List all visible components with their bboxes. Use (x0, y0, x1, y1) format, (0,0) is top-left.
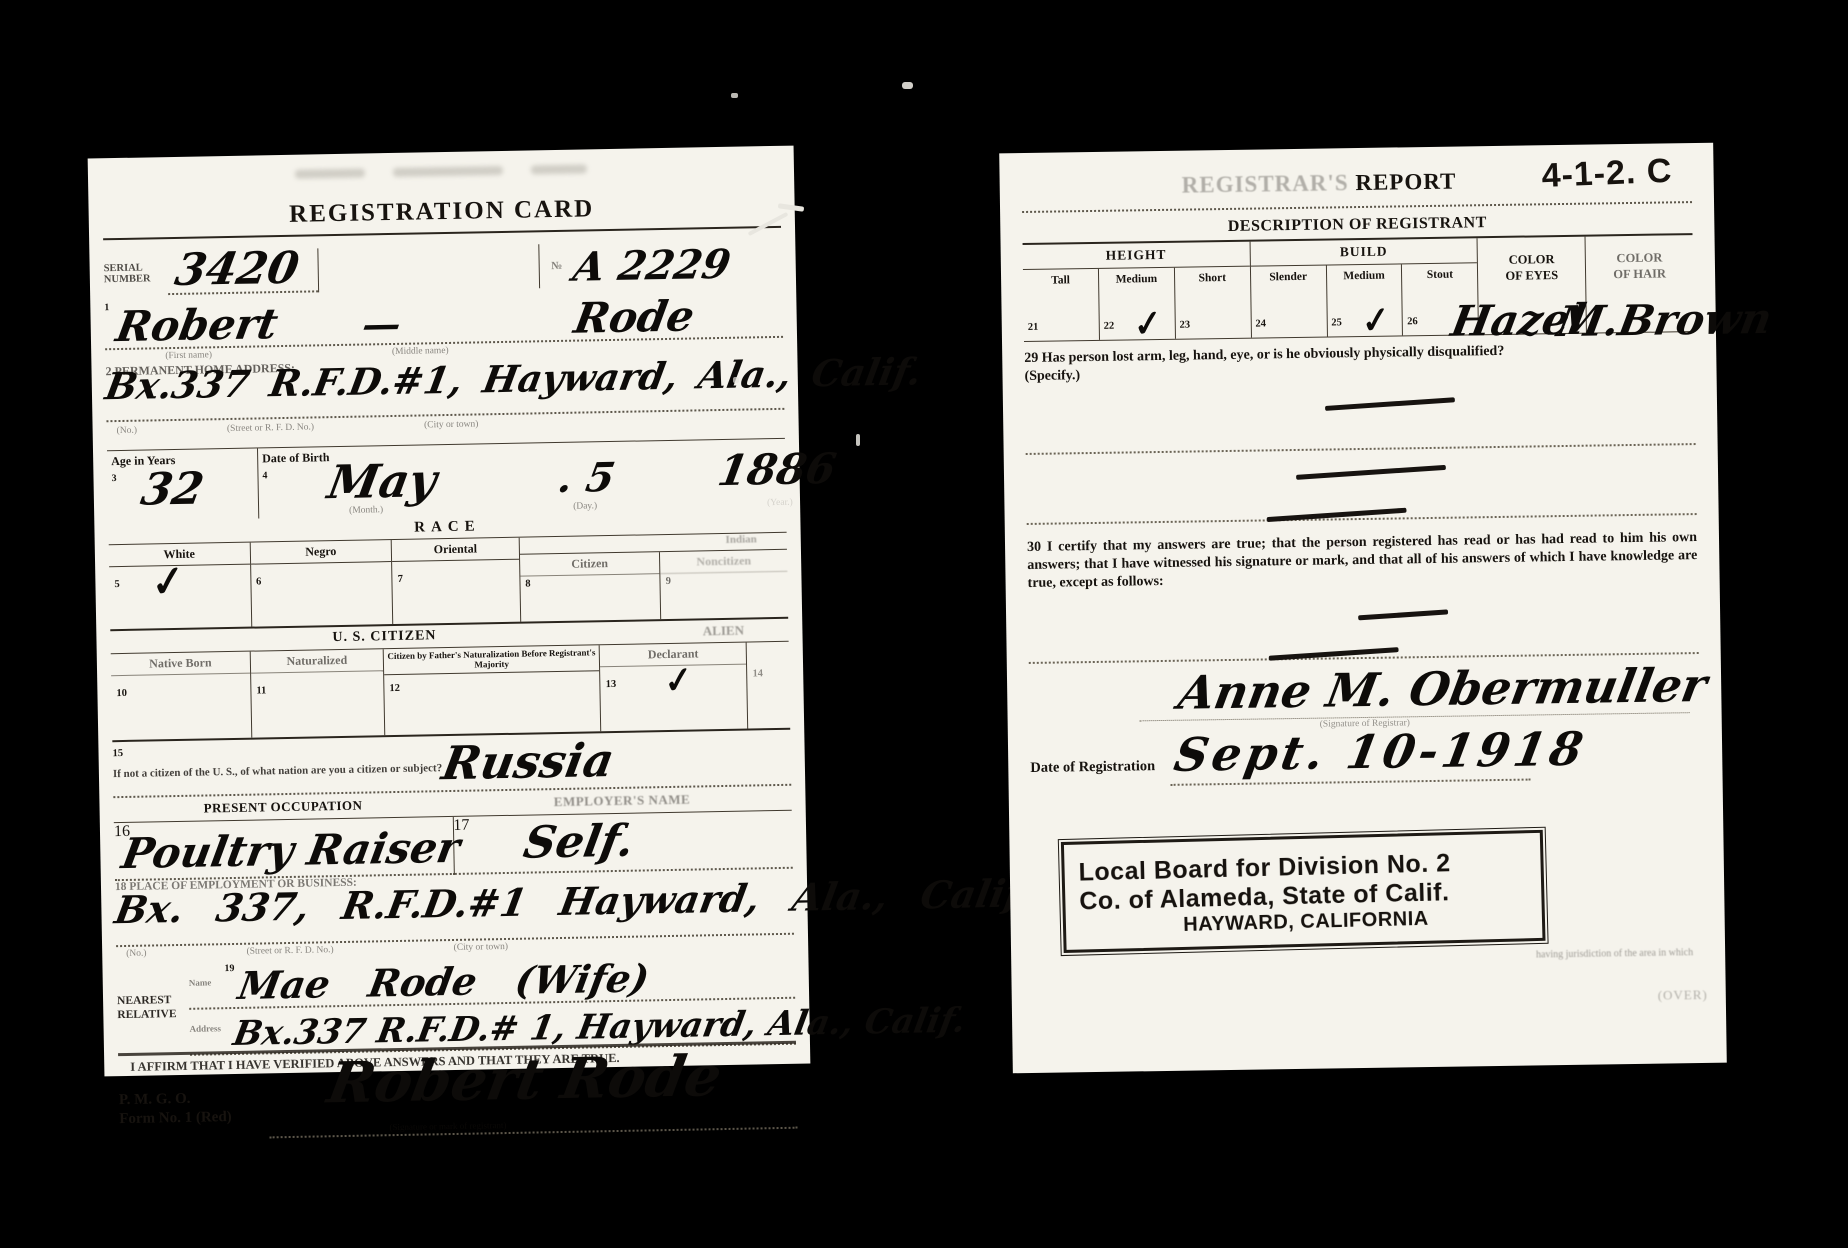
hair-color-handwriting: M.Brown (1554, 298, 1775, 343)
race-citizen-cell: Citizen 8 (520, 552, 662, 622)
race-table: White 5 ✓ Negro 6 Oriental 7 Indian Citi… (109, 532, 788, 631)
declarant-number: 13 (606, 679, 617, 690)
age-handwriting: 32 (138, 467, 207, 512)
checkmark-icon: ✓ (151, 567, 186, 597)
medium-height-cell: Medium 22 ✓ (1099, 268, 1176, 340)
race-indian-group: Indian Citizen 8 Noncitizen 9 (519, 533, 788, 622)
occupation-cell: 16 Poultry Raiser (114, 817, 455, 881)
indian-columns: Citizen 8 Noncitizen 9 (520, 549, 788, 622)
registrar-signature-handwriting: Anne M. Obermuller (1175, 661, 1710, 715)
slender-number: 24 (1255, 318, 1266, 329)
citizen-table: Native Born 10 Naturalized 11 Citizen by… (111, 641, 791, 742)
employer-cell: 17 Self. (453, 811, 793, 875)
scratch-mark (733, 377, 739, 383)
present-occupation-header: PRESENT OCCUPATION (113, 796, 452, 818)
relative-name-handwriting: Mae Rode (Wife) (235, 959, 652, 1005)
tall-label: Tall (1023, 269, 1098, 287)
year-sublabel: (Year.) (767, 498, 793, 508)
first-name-handwriting: Robert (113, 303, 281, 348)
stout-label: Stout (1402, 263, 1477, 281)
registrant-signature-sublabel: (Signature or mark of registrant) (389, 1120, 506, 1132)
declarant-cell: Declarant 13 ✓ (600, 643, 748, 732)
slender-cell: Slender 24 (1251, 266, 1328, 338)
height-group: HEIGHT Tall 21 Medium 22 ✓ Short 23 (1023, 242, 1252, 341)
last-name-value: Rode (485, 294, 783, 341)
smudge-mark (393, 166, 503, 177)
build-group: BUILD Slender 24 Medium 25 ✓ Stout 26 (1250, 238, 1479, 337)
ink-dash-mark (1325, 397, 1455, 411)
serial-handwriting: 3420 (172, 247, 302, 293)
city-sublabel: (City or town) (424, 419, 479, 430)
dob-year-handwriting: 1886 (715, 448, 839, 492)
registration-date-handwriting: Sept. 10-1918 (1171, 725, 1590, 777)
father-naturalization-number: 12 (389, 683, 400, 694)
registrant-signature-handwriting: Robert Rode (324, 1048, 726, 1111)
medium-build-label: Medium (1326, 264, 1401, 282)
medium-build-number: 25 (1331, 317, 1342, 328)
short-cell: Short 23 (1175, 267, 1251, 339)
field-number-30: 30 (1027, 540, 1041, 555)
age-dob-row: Age in Years 3 32 Date of Birth 4 May . … (107, 438, 786, 521)
nation-handwriting: Russia (439, 737, 618, 786)
local-board-stamp: Local Board for Division No. 2 Co. of Al… (1061, 829, 1546, 952)
naturalized-label: Naturalized (251, 649, 383, 673)
build-header: BUILD (1250, 238, 1477, 266)
scan-background: REGISTRATION CARD SERIAL NUMBER 3420 № A… (0, 0, 1848, 1248)
oriental-number: 7 (398, 574, 403, 585)
employment-place-row: 18 PLACE OF EMPLOYMENT OR BUSINESS: Bx. … (115, 869, 794, 947)
home-address-value: Bx.337 R.F.D.#1, Hayward, Ala., Calif. (105, 356, 784, 422)
field-number-3: 3 (111, 473, 116, 484)
report-title-faded: REGISTRAR'S (1182, 170, 1349, 197)
scratch-mark (902, 82, 913, 89)
native-born-label: Native Born (111, 652, 250, 677)
slender-label: Slender (1251, 266, 1326, 284)
race-negro-cell: Negro 6 (250, 540, 393, 627)
date-of-registration-label: Date of Registration (1030, 758, 1155, 777)
order-handwriting: A 2229 (570, 245, 733, 288)
white-number: 5 (114, 579, 119, 590)
over-label: (OVER) (1658, 987, 1708, 1004)
stout-number: 26 (1407, 316, 1418, 327)
serial-number-value: 3420 (167, 246, 318, 295)
serial-label-line2: NUMBER (104, 274, 168, 287)
serial-number-label: SERIAL NUMBER (104, 262, 169, 296)
registrars-report-card: REGISTRAR'S REPORT 4-1-2. C DESCRIPTION … (999, 143, 1727, 1073)
order-number-label: № (540, 260, 575, 289)
nearest-relative-fields: Name 19 Mae Rode (Wife) Address Bx.337 R… (188, 953, 796, 1052)
employer-name-header: EMPLOYER'S NAME (452, 790, 791, 812)
last-name-handwriting: Rode (571, 295, 697, 339)
build-columns: Slender 24 Medium 25 ✓ Stout 26 (1251, 263, 1479, 337)
description-table: HEIGHT Tall 21 Medium 22 ✓ Short 23 (1023, 233, 1694, 342)
street-sublabel: (Street or R. F. D. No.) (246, 945, 333, 957)
relative-address-sublabel: Address (190, 1023, 222, 1034)
smudge-mark (295, 168, 365, 178)
tall-cell: Tall 21 (1023, 269, 1100, 341)
registration-card: REGISTRATION CARD SERIAL NUMBER 3420 № A… (88, 146, 811, 1077)
checkmark-icon: ✓ (1133, 312, 1163, 338)
middle-name-handwriting: — (359, 305, 404, 344)
short-number: 23 (1179, 320, 1190, 331)
tall-number: 21 (1028, 322, 1039, 333)
report-title-row: REGISTRAR'S REPORT 4-1-2. C (1021, 143, 1692, 211)
citizen-number: 8 (525, 579, 530, 590)
height-header: HEIGHT (1023, 242, 1250, 270)
field-number-1: 1 (104, 296, 116, 313)
employer-handwriting: Self. (520, 820, 637, 866)
race-oriental-cell: Oriental 7 (392, 538, 521, 624)
report-title-bold: REPORT (1355, 169, 1456, 195)
scratch-mark (731, 93, 738, 98)
field-number-15: 15 (112, 748, 123, 759)
naturalized-cell: Naturalized 11 (251, 649, 386, 737)
home-address-handwriting: Bx.337 R.F.D.#1, Hayward, Ala., Calif. (103, 353, 925, 405)
field-number-4: 4 (262, 470, 267, 481)
registration-date-row: Date of Registration Sept. 10-1918 (1030, 728, 1701, 794)
report-title: REGISTRAR'S REPORT (1182, 169, 1457, 199)
native-born-number: 10 (116, 688, 127, 699)
day-sublabel: (Day.) (573, 501, 597, 511)
medium-height-label: Medium (1099, 268, 1174, 286)
noncitizen-label: Noncitizen (660, 550, 787, 574)
race-noncitizen-cell: Noncitizen 9 (660, 550, 788, 619)
relative-name-sublabel: Name (189, 977, 212, 987)
medium-build-cell: Medium 25 ✓ (1326, 264, 1403, 336)
nondeclarant-cell: 14 (747, 642, 790, 729)
occupation-handwriting: Poultry Raiser (119, 827, 463, 875)
serial-empty-box (317, 244, 540, 292)
middle-name-value: — (277, 303, 486, 345)
no-sublabel: (No.) (126, 949, 147, 959)
father-naturalization-cell: Citizen by Father's Naturalization Befor… (384, 645, 602, 735)
nearest-relative-row: NEAREST RELATIVE Name 19 Mae Rode (Wife)… (116, 953, 795, 1053)
alien-header: ALIEN (658, 622, 788, 640)
first-name-value: Robert (116, 303, 277, 348)
month-sublabel: (Month.) (349, 505, 383, 516)
checkmark-icon: ✓ (664, 669, 694, 695)
city-sublabel: (City or town) (454, 942, 509, 953)
naturalized-number: 11 (256, 685, 266, 696)
ink-dash-mark (1296, 465, 1446, 480)
native-born-cell: Native Born 10 (111, 652, 253, 741)
form-number-label: P. M. G. O. Form No. 1 (Red) (118, 1072, 269, 1141)
dob-month-handwriting: May (325, 457, 441, 505)
street-sublabel: (Street or R. F. D. No.) (227, 422, 314, 434)
medium-height-number: 22 (1104, 321, 1115, 332)
certification-paragraph: 30 I certify that my answers are true; t… (1027, 515, 1698, 593)
noncitizen-number: 9 (666, 576, 671, 587)
short-label: Short (1175, 267, 1250, 285)
nearest-relative-label: NEAREST RELATIVE (117, 994, 189, 1023)
checkmark-icon: ✓ (1361, 309, 1391, 335)
height-columns: Tall 21 Medium 22 ✓ Short 23 (1023, 267, 1251, 341)
registrant-signature-area: Robert Rode (Signature or mark of regist… (268, 1063, 797, 1139)
field-number-17: 17 (453, 817, 469, 834)
negro-number: 6 (256, 576, 261, 587)
dob-day-handwriting: . 5 (555, 458, 618, 499)
order-number-value: A 2229 (573, 244, 782, 288)
nondeclarant-number: 14 (752, 668, 763, 679)
ink-dash-mark (1358, 609, 1448, 620)
oriental-label: Oriental (392, 538, 519, 562)
citizen-label: Citizen (520, 552, 660, 577)
field-number-19: 19 (224, 963, 234, 974)
dob-cell: Date of Birth 4 May . 5 1886 (Month.) (D… (258, 439, 786, 519)
nation-question: If not a citizen of the U. S., of what n… (113, 762, 442, 780)
signature-row: P. M. G. O. Form No. 1 (Red) Robert Rode… (118, 1063, 797, 1141)
field-number-29: 29 (1024, 351, 1038, 366)
age-cell: Age in Years 3 32 (107, 448, 259, 521)
division-code-stamp: 4-1-2. C (1541, 152, 1673, 196)
race-white-cell: White 5 ✓ (109, 543, 252, 630)
no-sublabel: (No.) (117, 426, 138, 436)
negro-label: Negro (250, 540, 391, 565)
father-naturalization-label: Citizen by Father's Naturalization Befor… (384, 645, 600, 675)
smudge-mark (531, 164, 587, 174)
scratch-mark (856, 434, 860, 446)
